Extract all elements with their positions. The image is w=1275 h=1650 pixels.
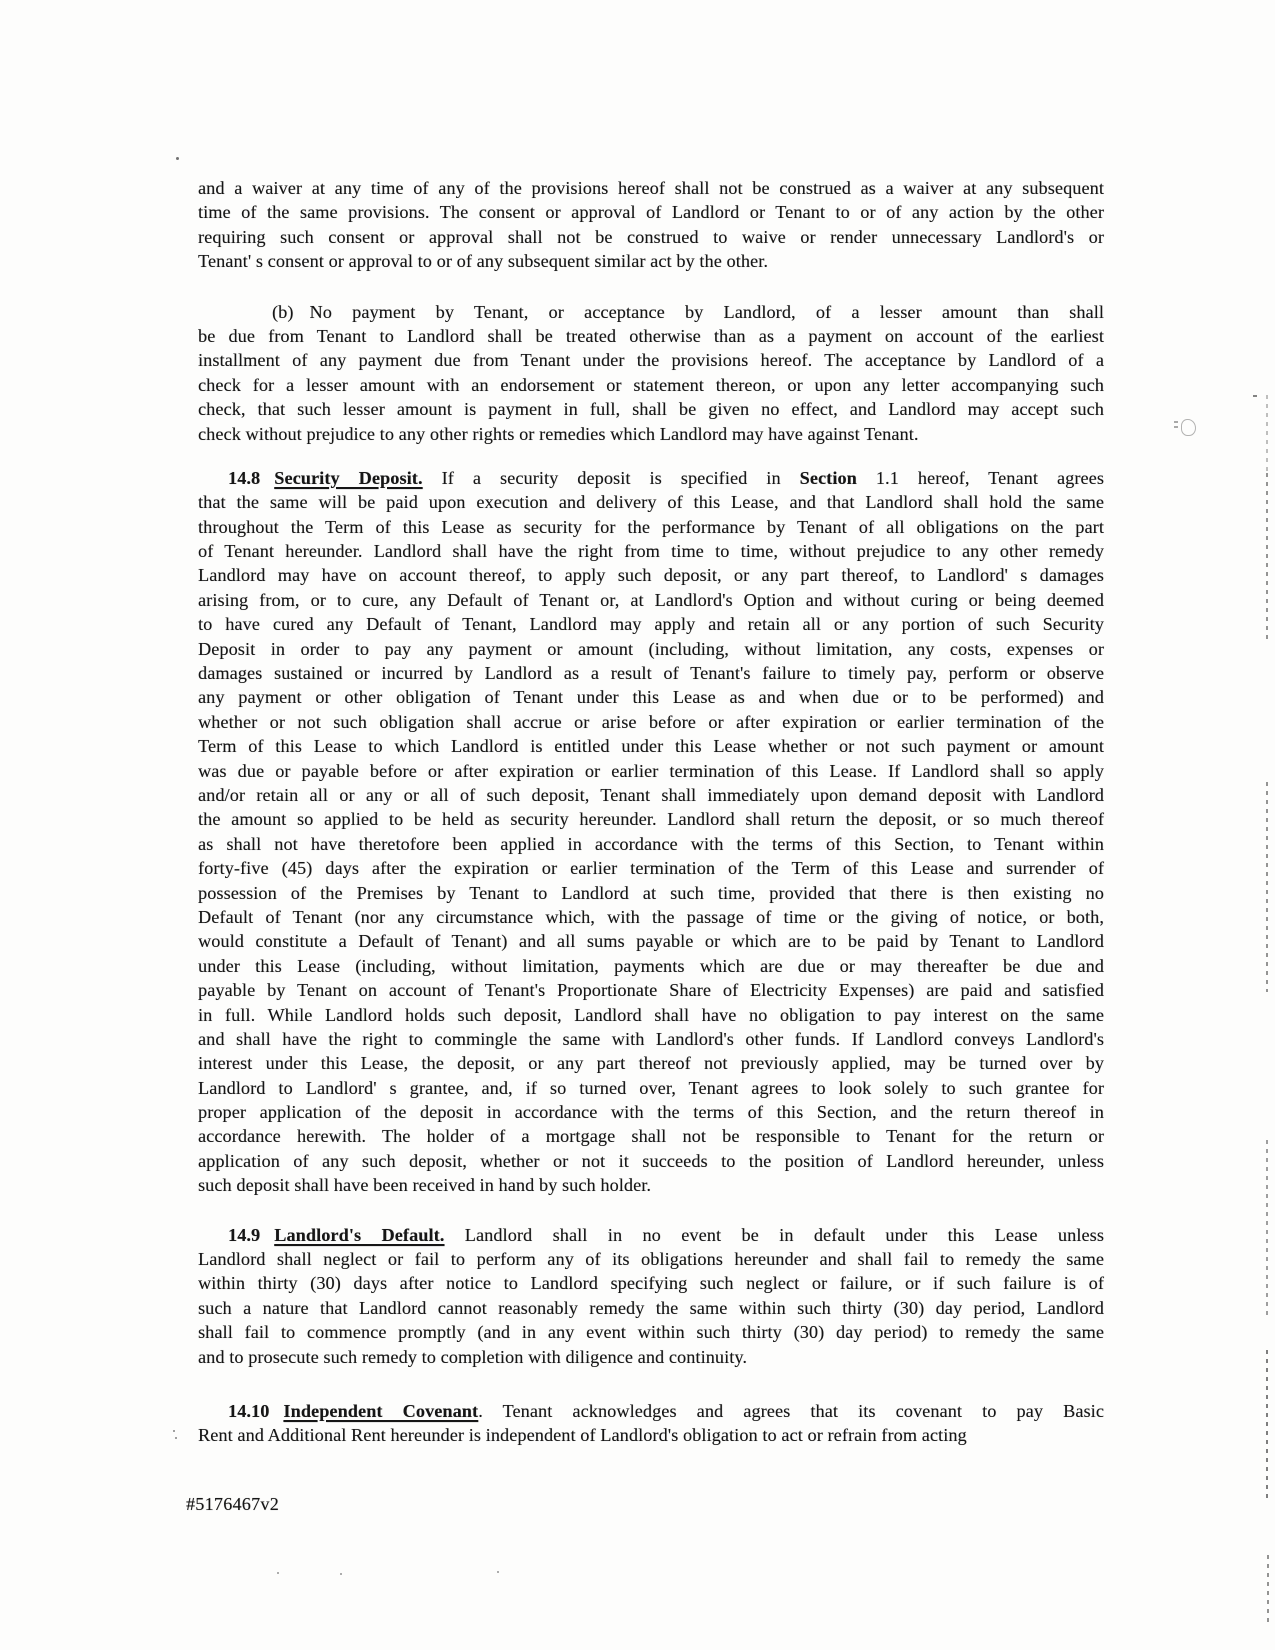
text-line: 14.9Landlord's Default. Landlord shall i… [198, 1223, 1104, 1247]
text-segment: to have cured any Default of Tenant, Lan… [198, 614, 1104, 634]
text-segment: check without prejudice to any other rig… [198, 424, 919, 444]
text-segment: under this Lease (including, without lim… [198, 956, 1104, 976]
text-line: and/or retain all or any or all of such … [198, 783, 1104, 807]
scan-edge-line [1266, 1140, 1268, 1320]
text-segment: Rent and Additional Rent hereunder is in… [198, 1425, 967, 1445]
text-line: time of the same provisions. The consent… [198, 200, 1104, 224]
text-segment: within thirty (30) days after notice to … [198, 1273, 1104, 1293]
text-line: Rent and Additional Rent hereunder is in… [198, 1423, 1104, 1447]
text-line: was due or payable before or after expir… [198, 759, 1104, 783]
section-heading: Landlord's Default. [274, 1225, 444, 1245]
text-line: as shall not have theretofore been appli… [198, 832, 1104, 856]
text-segment: 1.1 hereof, Tenant agrees [857, 468, 1104, 488]
text-segment: check for a lesser amount with an endors… [198, 375, 1104, 395]
text-line: would constitute a Default of Tenant) an… [198, 929, 1104, 953]
section-14-10-independent-covenant: 14.10Independent Covenant. Tenant acknow… [198, 1399, 1104, 1448]
scan-edge-line [1266, 1350, 1268, 1500]
text-line: and shall have the right to commingle th… [198, 1027, 1104, 1051]
text-segment: any payment or other obligation of Tenan… [198, 687, 1104, 707]
section-number: 14.10 [228, 1401, 269, 1421]
text-line: check for a lesser amount with an endors… [198, 373, 1104, 397]
text-segment: payable by Tenant on account of Tenant's… [198, 980, 1104, 1000]
text-line: Tenant' s consent or approval to or of a… [198, 249, 1104, 273]
text-line: the amount so applied to be held as secu… [198, 807, 1104, 831]
scan-speck [1253, 395, 1257, 397]
text-segment: and a waiver at any time of any of the p… [198, 178, 1104, 198]
text-line: throughout the Term of this Lease as sec… [198, 515, 1104, 539]
text-segment: shall fail to commence promptly (and in … [198, 1322, 1104, 1342]
text-segment: such deposit shall have been received in… [198, 1175, 651, 1195]
text-line: Landlord may have on account thereof, to… [198, 563, 1104, 587]
text-segment: Landlord to Landlord' s grantee, and, if… [198, 1078, 1104, 1098]
text-segment: Term of this Lease to which Landlord is … [198, 736, 1104, 756]
text-line: Landlord to Landlord' s grantee, and, if… [198, 1076, 1104, 1100]
text-segment: requiring such consent or approval shall… [198, 227, 1104, 247]
document-number: #5176467v2 [186, 1494, 279, 1515]
section-heading: Security Deposit. [274, 468, 422, 488]
text-segment: interest under this Lease, the deposit, … [198, 1053, 1104, 1073]
text-line: such a nature that Landlord cannot reaso… [198, 1296, 1104, 1320]
text-segment: Default of Tenant (nor any circumstance … [198, 907, 1104, 927]
text-segment: Deposit in order to pay any payment or a… [198, 639, 1104, 659]
text-segment: whether or not such obligation shall acc… [198, 712, 1104, 732]
text-line: proper application of the deposit in acc… [198, 1100, 1104, 1124]
text-segment: and shall have the right to commingle th… [198, 1029, 1104, 1049]
section-heading: Independent Covenant [283, 1401, 478, 1421]
text-segment: arising from, or to cure, any Default of… [198, 590, 1104, 610]
text-segment: Landlord may have on account thereof, to… [198, 565, 1104, 585]
text-line: (b)No payment by Tenant, or acceptance b… [198, 300, 1104, 324]
text-segment: If a security deposit is specified in [423, 468, 800, 488]
text-line: any payment or other obligation of Tenan… [198, 685, 1104, 709]
text-line: requiring such consent or approval shall… [198, 225, 1104, 249]
text-segment: time of the same provisions. The consent… [198, 202, 1104, 222]
text-segment: that the same will be paid upon executio… [198, 492, 1104, 512]
text-segment: Section [800, 468, 857, 488]
paragraph-waiver-continuation: and a waiver at any time of any of the p… [198, 176, 1104, 274]
text-line: check without prejudice to any other rig… [198, 422, 1104, 446]
text-line: within thirty (30) days after notice to … [198, 1271, 1104, 1295]
text-segment: check, that such lesser amount is paymen… [198, 399, 1104, 419]
text-line: in full. While Landlord holds such depos… [198, 1003, 1104, 1027]
text-segment: No payment by Tenant, or acceptance by L… [310, 302, 1104, 322]
section-number: 14.8 [228, 468, 260, 488]
text-line: 14.8Security Deposit. If a security depo… [198, 466, 1104, 490]
scan-speck [173, 1430, 175, 1432]
text-line: such deposit shall have been received in… [198, 1173, 1104, 1197]
text-line: possession of the Premises by Tenant to … [198, 881, 1104, 905]
text-line: payable by Tenant on account of Tenant's… [198, 978, 1104, 1002]
text-segment: such a nature that Landlord cannot reaso… [198, 1298, 1104, 1318]
text-segment: Landlord shall neglect or fail to perfor… [198, 1249, 1104, 1269]
section-14-8-security-deposit: 14.8Security Deposit. If a security depo… [198, 466, 1104, 1198]
text-segment: be due from Tenant to Landlord shall be … [198, 326, 1104, 346]
text-segment: and to prosecute such remedy to completi… [198, 1347, 747, 1367]
section-number: 14.9 [228, 1225, 260, 1245]
text-line: Term of this Lease to which Landlord is … [198, 734, 1104, 758]
text-line: arising from, or to cure, any Default of… [198, 588, 1104, 612]
document-page: and a waiver at any time of any of the p… [0, 0, 1275, 1650]
document-body: and a waiver at any time of any of the p… [198, 176, 1104, 1448]
text-line: installment of any payment due from Tena… [198, 348, 1104, 372]
text-segment: forty-five (45) days after the expiratio… [198, 858, 1104, 878]
scan-speck [176, 157, 179, 160]
text-line: Default of Tenant (nor any circumstance … [198, 905, 1104, 929]
text-line: of Tenant hereunder. Landlord shall have… [198, 539, 1104, 563]
text-segment: possession of the Premises by Tenant to … [198, 883, 1104, 903]
text-segment: as shall not have theretofore been appli… [198, 834, 1104, 854]
scan-edge-line [1266, 395, 1268, 473]
text-line: interest under this Lease, the deposit, … [198, 1051, 1104, 1075]
text-segment: in full. While Landlord holds such depos… [198, 1005, 1104, 1025]
scan-smudge [1181, 419, 1196, 436]
text-line: forty-five (45) days after the expiratio… [198, 856, 1104, 880]
text-segment: installment of any payment due from Tena… [198, 350, 1104, 370]
text-segment: accordance herewith. The holder of a mor… [198, 1126, 1104, 1146]
section-14-9-landlords-default: 14.9Landlord's Default. Landlord shall i… [198, 1223, 1104, 1369]
paragraph-subsection-b: (b)No payment by Tenant, or acceptance b… [198, 300, 1104, 446]
text-segment: of Tenant hereunder. Landlord shall have… [198, 541, 1104, 561]
text-line: and to prosecute such remedy to completi… [198, 1345, 1104, 1369]
text-line: shall fail to commence promptly (and in … [198, 1320, 1104, 1344]
text-line: to have cured any Default of Tenant, Lan… [198, 612, 1104, 636]
scan-smudge-dots [1174, 421, 1178, 431]
text-line: application of any such deposit, whether… [198, 1149, 1104, 1173]
text-segment: throughout the Term of this Lease as sec… [198, 517, 1104, 537]
text-line: accordance herewith. The holder of a mor… [198, 1124, 1104, 1148]
text-line: and a waiver at any time of any of the p… [198, 176, 1104, 200]
text-line: Landlord shall neglect or fail to perfor… [198, 1247, 1104, 1271]
scan-edge-line [1267, 1555, 1269, 1625]
text-segment: and/or retain all or any or all of such … [198, 785, 1104, 805]
text-segment: proper application of the deposit in acc… [198, 1102, 1104, 1122]
scan-speck [497, 1571, 499, 1573]
text-segment: Landlord shall in no event be in default… [444, 1225, 1104, 1245]
text-line: be due from Tenant to Landlord shall be … [198, 324, 1104, 348]
text-line: 14.10Independent Covenant. Tenant acknow… [198, 1399, 1104, 1423]
scan-speck [340, 1573, 342, 1575]
text-line: check, that such lesser amount is paymen… [198, 397, 1104, 421]
text-segment: would constitute a Default of Tenant) an… [198, 931, 1104, 951]
text-line: Deposit in order to pay any payment or a… [198, 637, 1104, 661]
text-segment: . Tenant acknowledges and agrees that it… [478, 1401, 1104, 1421]
text-line: damages sustained or incurred by Landlor… [198, 661, 1104, 685]
scan-edge-line [1266, 782, 1268, 992]
scan-edge-line [1266, 473, 1268, 643]
text-segment: the amount so applied to be held as secu… [198, 809, 1104, 829]
text-line: whether or not such obligation shall acc… [198, 710, 1104, 734]
section-number: (b) [272, 302, 294, 322]
text-segment: application of any such deposit, whether… [198, 1151, 1104, 1171]
text-segment: damages sustained or incurred by Landlor… [198, 663, 1104, 683]
scan-speck [277, 1572, 279, 1574]
text-segment: was due or payable before or after expir… [198, 761, 1104, 781]
text-segment: Tenant' s consent or approval to or of a… [198, 251, 768, 271]
text-line: that the same will be paid upon executio… [198, 490, 1104, 514]
scan-speck [175, 1437, 177, 1439]
text-line: under this Lease (including, without lim… [198, 954, 1104, 978]
